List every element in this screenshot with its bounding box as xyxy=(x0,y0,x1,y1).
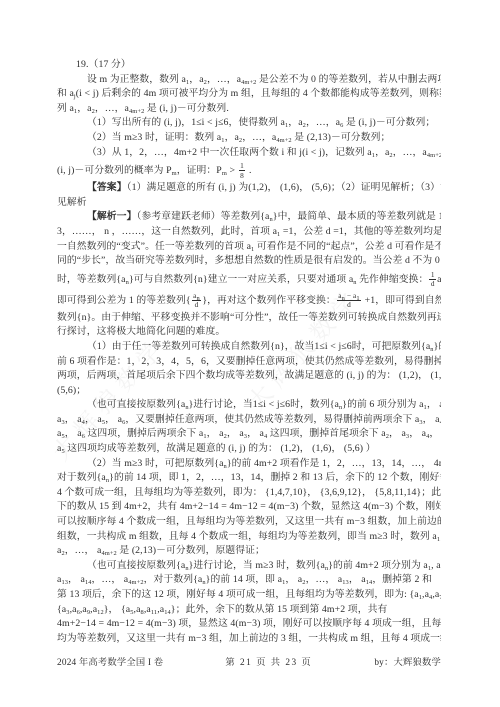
document-content: 19.（17 分）设 m 为正整数，数列 a1，a2，…，a4m+2 是公差不为… xyxy=(57,58,441,646)
text-line-12: 3，……， n ，……，这一自然数列，此时，首项 a1 =1，公差 d =1，其… xyxy=(57,225,441,240)
text-line-5: （1）写出所有的 (i, j)，1≤i < j≤6，使得数列 a1，a2，…，a… xyxy=(57,116,441,131)
fraction: and xyxy=(192,292,202,309)
text-line-1: 19.（17 分） xyxy=(57,58,441,73)
text-line-38: 4m+2−14 = 4m−12 = 4(m−3) 项，显然这 4(m−3) 项，… xyxy=(57,617,441,632)
text-line-8: (i, j)－可分数列的概率为 Pm，证明：Pm > 18 . xyxy=(57,160,441,181)
text-line-28: 对于数列{an}的前 14 项，即 1，2，…，13，14，删掉 2 和 13 … xyxy=(57,471,441,486)
text-line-33: a2，…， a4m+2 是 (2,13)－可分数列，原题得证； xyxy=(57,544,441,559)
fraction: an − a1d xyxy=(337,292,361,309)
text-line-24: a3， a4， a5， a6，又要删掉任意两项，使其仍然成等差数列，易得删掉前两… xyxy=(57,413,441,428)
text-line-9: 【答案】（1）满足题意的所有 (i, j) 为(1,2)， (1,6)， (5,… xyxy=(57,181,441,196)
text-line-20: 前 6 项看作是：1，2，3，4，5，6，又要删掉任意两项，使其仍然成等差数列，… xyxy=(57,355,441,370)
text-line-39: 均为等差数列，又这里一共有 m−3 组，加上前边的 3 组，一共构成 m 组，且… xyxy=(57,632,441,647)
text-line-31: 可以按顺序每 4 个数成一组，且每组均为等差数列，又这里一共有 m−3 组数，加… xyxy=(57,515,441,530)
text-line-35: a13， a14，…， a4m+2，对于数列{an}的前 14 项，即 a1， … xyxy=(57,573,441,588)
text-line-25: a5， a6 这四项，删掉后两项余下 a1， a2， a3， a4 这四项，删掉… xyxy=(57,427,441,442)
text-line-23: （也可直接按原数列{an}进行讨论，当1≤i < j≤6时，数列{an}的前 6… xyxy=(57,398,441,413)
text-line-11: 【解析一】（参考章建跃老师）等差数列{an}中，最简单、最本质的等差数列就是 1… xyxy=(57,210,441,225)
page-footer: 2024 年高考数学全国 I 卷 第 21 页 共 23 页 by：大辉狼数学 xyxy=(57,654,441,668)
footer-exam-title: 2024 年高考数学全国 I 卷 xyxy=(57,654,163,668)
text-line-4: 列 a1，a2，…，a4m+2 是 (i, j)－可分数列. xyxy=(57,102,441,117)
fraction: 1d xyxy=(429,271,436,288)
text-line-10: 见解析 xyxy=(57,196,441,211)
text-line-14: 同的“步长”，故当研究等差数列时，多想想自然数的性质是很有启发的。当公差 d 不… xyxy=(57,254,441,269)
text-line-34: （也可直接按原数列{an}进行讨论，当 m≥3 时，数列{an}的前 4m+2 … xyxy=(57,559,441,574)
text-line-13: 一自然数列的“变式”。任一等差数列的首项 a1 可看作是不同的“起点”，公差 d… xyxy=(57,240,441,255)
text-line-6: （2）当 m≥3 时，证明：数列 a1，a2，…，a4m+2 是 (2,13)－… xyxy=(57,131,441,146)
bold-label: 【解析一】 xyxy=(87,211,136,222)
text-line-3: 和 aj(i < j) 后剩余的 4m 项可被平均分为 m 组，且每组的 4 个… xyxy=(57,87,441,102)
text-line-32: 组数，一共构成 m 组数，且每 4 个数成一组，每组均为等差数列，即当 m≥3 … xyxy=(57,530,441,545)
text-line-29: 4 个数可成一组，且每组均为等差数列，即为： {1,4,7,10}， {3,6,… xyxy=(57,486,441,501)
text-line-21: 两项，后两项，首尾项后余下四个数均成等差数列，故满足题意的 (i, j) 的为：… xyxy=(57,369,441,384)
text-line-16: 即可得到公差为 1 的等差数列{and}，再对这个数列作平移变换：an − a1… xyxy=(57,290,441,311)
document-page: 大辉狼数学 大辉狼数学 19.（17 分）设 m 为正整数，数列 a1，a2，…… xyxy=(0,0,500,707)
text-line-27: （2）当 m≥3 时，可把原数列{an}的前 4m+2 项看作是 1，2，…，1… xyxy=(57,457,441,472)
text-line-18: 行探讨，这将极大地简化问题的难度。 xyxy=(57,325,441,340)
text-line-26: a5 这四项均成等差数列，故满足题意的 (i, j) 的为： (1,2)， (1… xyxy=(57,442,441,457)
text-line-36: 第 13 项后，余下的这 12 项，刚好每 4 项可成一组，且每组均为等差数列，… xyxy=(57,588,441,603)
text-line-19: （1）由于任一等差数列可转换成自然数列{n}，故当1≤i < j≤6时，可把原数… xyxy=(57,340,441,355)
text-line-30: 下的数从 15 到 4m+2，共有 4m+2−14 = 4m−12 = 4(m−… xyxy=(57,500,441,515)
text-line-37: {a3,a6,a9,a12}， {a5,a8,a11,a14}；此外，余下的数从… xyxy=(57,603,441,618)
text-line-15: 时，等差数列{an}可与自然数列{n}建立一一对应关系，只要对通项 an 先作伸… xyxy=(57,269,441,290)
bold-label: 【答案】 xyxy=(87,182,127,193)
text-line-22: (5,6)； xyxy=(57,384,441,399)
text-line-2: 设 m 为正整数，数列 a1，a2，…，a4m+2 是公差不为 0 的等差数列，… xyxy=(57,73,441,88)
footer-page-number: 第 21 页 共 23 页 xyxy=(225,654,312,668)
text-line-17: 数列{n}。由于伸缩、平移变换并不影响“可分性”，故任一等差数列可转换成自然数列… xyxy=(57,311,441,326)
text-line-7: （3）从 1，2，…，4m+2 中一次任取两个数 i 和 j(i < j)，记数… xyxy=(57,146,441,161)
footer-author: by：大辉狼数学 xyxy=(374,654,441,668)
fraction: 18 xyxy=(239,162,246,179)
